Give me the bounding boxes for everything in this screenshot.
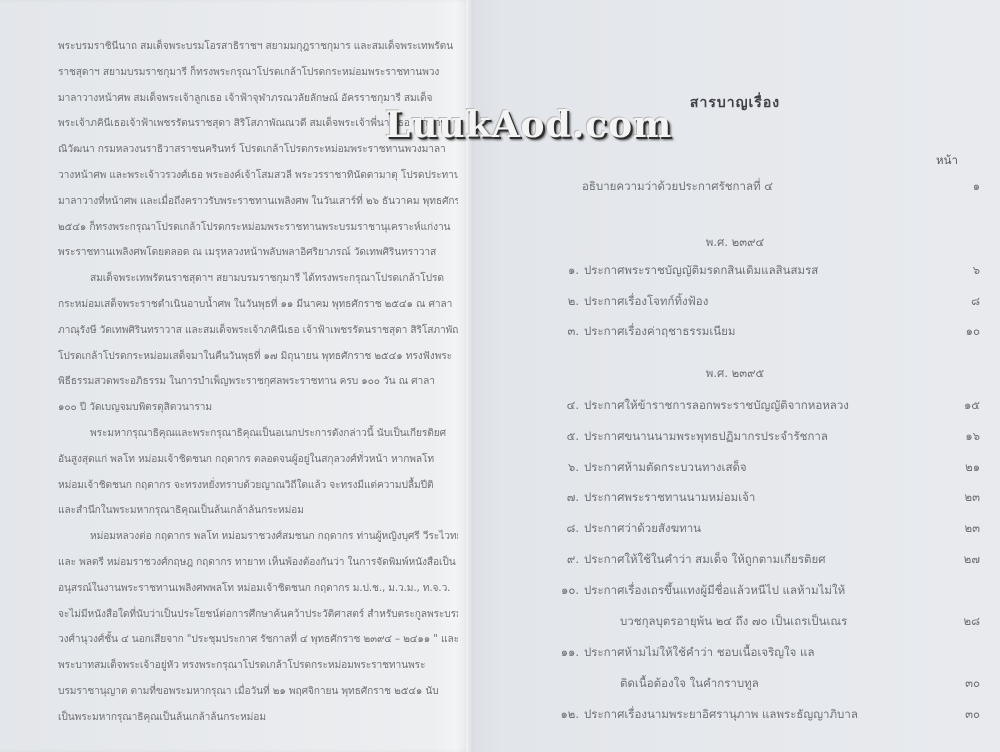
- body-text-line: จะไม่มีหนังสือใดที่นับว่าเป็นประโยชน์ต่อ…: [58, 602, 458, 628]
- toc-entry-text: ประกาศพระราชทานนามหม่อมเจ้า: [584, 489, 755, 507]
- toc-entry-page: ๑๕: [956, 397, 980, 415]
- body-text-line: วางหน้าศพ และพระเจ้าวรวงศ์เธอ พระองค์เจ้…: [58, 163, 458, 189]
- body-text-line: ๒๕๔๑ ก็ทรงพระกรุณาโปรดเกล้าโปรดกระหม่อมพ…: [58, 215, 458, 241]
- toc-entry-number: ๑๒.: [551, 706, 579, 724]
- body-text-line: พระบรมราชินีนาถ สมเด็จพระบรมโอรสาธิราชฯ …: [58, 34, 458, 60]
- toc-entry-number: ๑๐.: [551, 582, 579, 600]
- body-text-line: พระราชทานเพลิงศพโดยตลอด ณ เมรุหลวงหน้าพล…: [58, 240, 458, 266]
- body-text-line: พิธีธรรมสวดพระอภิธรรม ในการบำเพ็ญพระราชก…: [58, 369, 458, 395]
- toc-entry-text: ประกาศห้ามตัดกระบวนทางเสด็จ: [584, 459, 747, 477]
- toc-entry-text: ประกาศว่าด้วยสังฆทาน: [584, 520, 701, 538]
- toc-entry-text: ประกาศขนานนามพระพุทธปฏิมากรประจำรัชกาล: [584, 428, 828, 446]
- section-year-heading: พ.ศ. ๒๓๙๔: [470, 234, 1000, 252]
- toc-entry-text: ประกาศเรื่องโจทก์ทิ้งฟ้อง: [584, 293, 708, 311]
- body-text-line: ๑๐๐ ปี วัดเบญจมบพิตรดุสิตวนาราม: [58, 395, 458, 421]
- body-text-line: บรมราชานุญาต ตามที่ขอพระมหากรุณา เมื่อวั…: [58, 679, 458, 705]
- body-text-line: อนุสรณ์ในงานพระราชทานเพลิงศพพลโท หม่อมเจ…: [58, 576, 458, 602]
- toc-entry-page: ๑๖: [956, 428, 980, 446]
- toc-entry-page: ๘: [956, 293, 980, 311]
- body-text-line: วงศ์านุวงศ์ชั้น ๔ นอกเสียจาก "ประชุมประก…: [58, 627, 458, 653]
- body-text-line: ราชสุดาฯ สยามบรมราชกุมารี ก็ทรงพระกรุณาโ…: [58, 60, 458, 86]
- body-text-line: โปรดเกล้าโปรดกระหม่อมเสด็จมาในคืนวันพุธท…: [58, 344, 458, 370]
- toc-entry-text-continued: ติดเนื้อต้องใจ ในคำกราบทูล: [620, 675, 759, 693]
- body-text-line: อันสูงสุดแก่ พลโท หม่อมเจ้าชิดชนก กฤดากร…: [58, 447, 458, 473]
- toc-entry-text: ประกาศพระราชบัญญัติมรดกสินเดิมแลสินสมรส: [584, 262, 818, 280]
- toc-entry-page: ๓๐: [956, 675, 980, 693]
- body-text-line: หม่อมเจ้าชิดชนก กฤดากร จะทรงหยั่งทราบด้ว…: [58, 473, 458, 499]
- toc-entry-number: ๙.: [551, 551, 579, 569]
- toc-entry-page: ๒๘: [956, 613, 980, 631]
- toc-entry-number: ๔.: [551, 397, 579, 415]
- body-text-line: เป็นพระมหากรุณาธิคุณเป็นล้นเกล้าล้นกระหม…: [58, 705, 458, 731]
- toc-entry-text: ประกาศเรื่องนามพระยาอิศรานุภาพ แลพระธัญญ…: [584, 706, 858, 724]
- toc-entry-text: ประกาศให้ใช้ในคำว่า สมเด็จ ให้ถูกตามเกีย…: [584, 551, 826, 569]
- toc-entry-number: ๑๑.: [551, 644, 579, 662]
- toc-entry-number: ๑.: [551, 262, 579, 280]
- toc-entry-number: ๘.: [551, 520, 579, 538]
- body-text-line: พระบาทสมเด็จพระเจ้าอยู่หัว ทรงพระกรุณาโป…: [58, 653, 458, 679]
- section-year-heading: พ.ศ. ๒๓๙๕: [470, 365, 1000, 383]
- page-column-header: หน้า: [936, 152, 958, 170]
- watermark: LuukAod.com: [385, 104, 672, 146]
- body-text-line: และ พลตรี หม่อมราชวงศ์กฤษฎ กฤดากร ทายาท …: [58, 550, 458, 576]
- toc-entry-page: ๖: [956, 262, 980, 280]
- toc-entry-page: ๒๓: [956, 489, 980, 507]
- toc-entry-page: ๒๓: [956, 520, 980, 538]
- body-text-line: มาลาวางที่หน้าศพ และเมื่อถึงคราวรับพระรา…: [58, 189, 458, 215]
- toc-entry-text: ประกาศเรื่องค่าฤชาธรรมเนียม: [584, 323, 735, 341]
- toc-entry-text: อธิบายความว่าด้วยประกาศรัชกาลที่ ๔: [582, 178, 773, 196]
- body-text-line: และสำนึกในพระมหากรุณาธิคุณเป็นล้นเกล้าล้…: [58, 498, 458, 524]
- body-text-line: หม่อมหลวงต่อ กฤดากร พลโท หม่อมราชวงศ์สมช…: [58, 524, 458, 550]
- toc-entry-number: ๖.: [551, 459, 579, 477]
- toc-entry-page: ๓๐: [956, 706, 980, 724]
- toc-entry-page: ๑: [956, 178, 980, 196]
- body-text-line: พระมหากรุณาธิคุณและพระกรุณาธิคุณเป็นอเนก…: [58, 421, 458, 447]
- toc-entry-text: ประกาศให้ข้าราชการลอกพระราชบัญญัติจากหอห…: [584, 397, 849, 415]
- body-text-line: ภาณุรังษี วัดเทพศิรินทราวาส และสมเด็จพระ…: [58, 318, 458, 344]
- toc-entry-page: ๒๗: [956, 551, 980, 569]
- toc-entry-number: ๓.: [551, 323, 579, 341]
- toc-entry-number: ๗.: [551, 489, 579, 507]
- body-text-line: กระหม่อมเสด็จพระราชดำเนินอาบน้ำศพ ในวันพ…: [58, 292, 458, 318]
- toc-entry-number: ๒.: [551, 293, 579, 311]
- toc-entry-number: ๕.: [551, 428, 579, 446]
- toc-entry-text-continued: บวชกุลบุตรอายุพ้น ๒๔ ถึง ๗๐ เป็นเถรเป็นเ…: [620, 613, 847, 631]
- toc-entry-page: ๒๑: [956, 459, 980, 477]
- toc-entry-text: ประกาศเรื่องเถรขึ้นแทงผู้มีชื่อแล้วหนีไป…: [584, 582, 845, 600]
- body-text-line: สมเด็จพระเทพรัตนราชสุดาฯ สยามบรมราชกุมาร…: [58, 266, 458, 292]
- toc-entry-page: ๑๐: [956, 323, 980, 341]
- toc-entry-text: ประกาศห้ามไม่ให้ใช้คำว่า ชอบเนื้อเจริญใจ…: [584, 644, 815, 662]
